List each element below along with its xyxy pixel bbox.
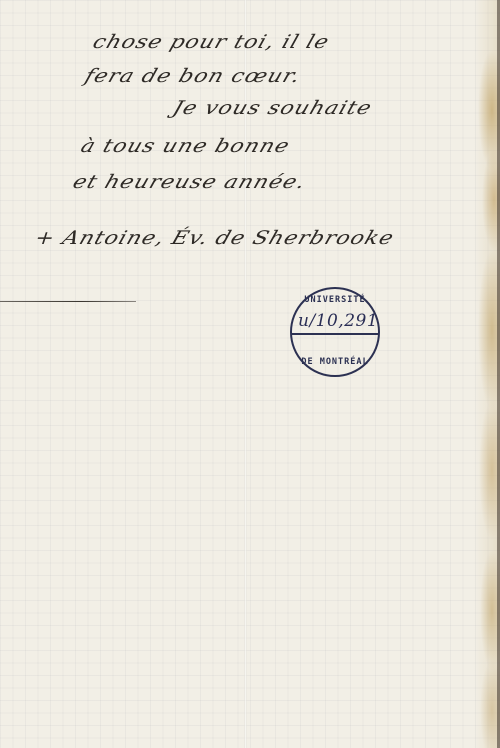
handwritten-line-1: chose pour toi, il le [90,32,332,53]
handwritten-line-4: à tous une bonne [78,136,293,157]
stamp-catalog-number: u/10,291 [298,311,378,331]
handwritten-line-3: Je vous souhaite [170,98,375,119]
stamp-bottom-text: DE MONTRÉAL [292,357,378,367]
letter-page: chose pour toi, il le fera de bon cœur. … [0,0,500,748]
signature: + Antoine, Év. de Sherbrooke [32,228,397,249]
handwritten-line-2: fera de bon cœur. [82,66,304,87]
stamp-top-text: UNIVERSITÉ [292,295,378,305]
stamp-divider [292,333,378,335]
university-stamp: UNIVERSITÉ u/10,291 DE MONTRÉAL [290,287,380,377]
handwritten-line-5: et heureuse année. [70,172,309,193]
separator-rule [0,301,136,302]
